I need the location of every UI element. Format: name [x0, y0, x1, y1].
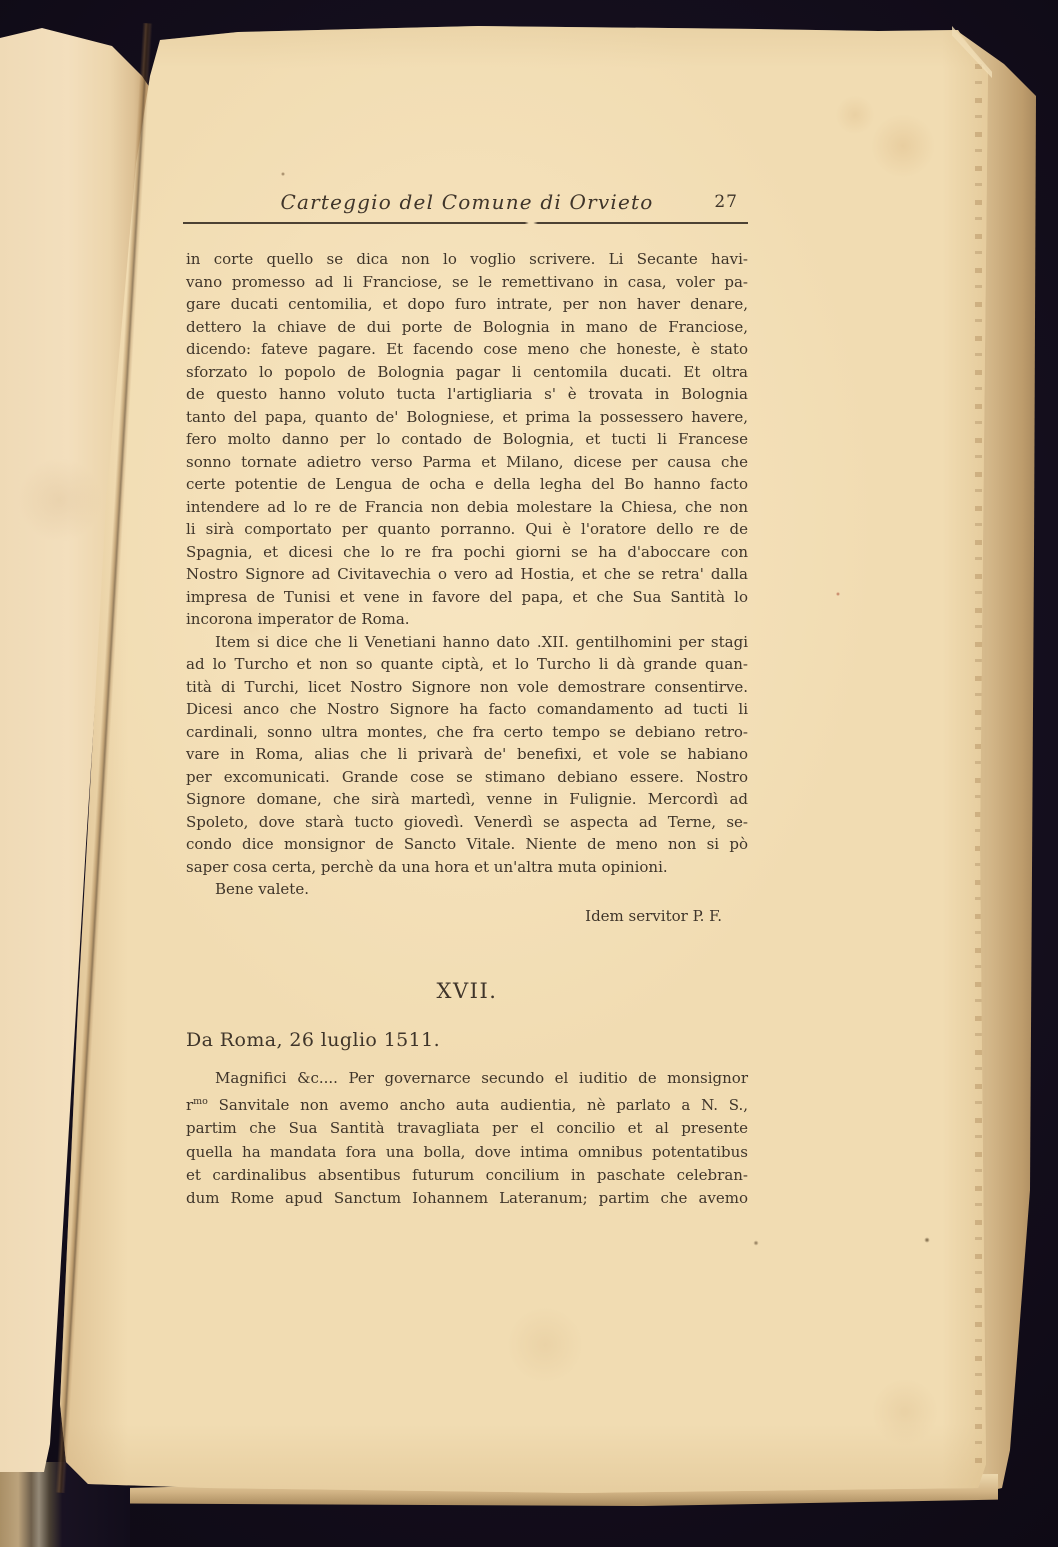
text-line: Magnifici &c.... Per governarce secundo … [186, 1067, 748, 1090]
text-line: dicendo: fateve pagare. Et facendo cose … [186, 338, 748, 361]
text-line: sforzato lo popolo de Bolognia pagar li … [186, 361, 748, 384]
text-line: fero molto danno per lo contado de Bolog… [186, 428, 748, 451]
text-line: tanto del papa, quanto de' Bologniese, e… [186, 406, 748, 429]
letter-signature: Idem servitor P. F. [186, 905, 748, 928]
text-line: saper cosa certa, perchè da una hora et … [186, 856, 748, 879]
text-line: Signore domane, che sirà martedì, venne … [186, 788, 748, 811]
page-body: in corte quello se dica non lo voglio sc… [186, 248, 748, 1210]
printed-text-layer: Carteggio del Comune di Orvieto 27 in co… [186, 190, 748, 218]
text-line: Spoleto, dove starà tucto giovedì. Vener… [186, 811, 748, 834]
line-remainder: Sanvitale non avemo ancho auta audientia… [208, 1096, 748, 1114]
text-line: quella ha mandata fora una bolla, dove i… [186, 1141, 748, 1164]
text-line: partim che Sua Santità travagliata per e… [186, 1117, 748, 1140]
letter-paragraph-2: Item si dice che li Venetiani hanno dato… [186, 631, 748, 879]
text-line: impresa de Tunisi et vene in favore del … [186, 586, 748, 609]
text-line: vano promesso ad li Franciose, se le rem… [186, 271, 748, 294]
text-line: intendere ad lo re de Francia non debia … [186, 496, 748, 519]
header-rule [183, 222, 748, 224]
letter-paragraph-1: in corte quello se dica non lo voglio sc… [186, 248, 748, 631]
text-line: Item si dice che li Venetiani hanno dato… [186, 631, 748, 654]
text-line: Dicesi anco che Nostro Signore ha facto … [186, 698, 748, 721]
running-head-title: Carteggio del Comune di Orvieto [186, 190, 748, 214]
text-line: tità di Turchi, licet Nostro Signore non… [186, 676, 748, 699]
text-line: per excomunicati. Grande cose se stimano… [186, 766, 748, 789]
text-line: vare in Roma, alias che li privarà de' b… [186, 743, 748, 766]
text-line: Spagnia, et dicesi che lo re fra pochi g… [186, 541, 748, 564]
superscript-abbreviation: mo [193, 1096, 208, 1107]
text-line: Nostro Signore ad Civitavechia o vero ad… [186, 563, 748, 586]
text-line: gare ducati centomilia, et dopo furo int… [186, 293, 748, 316]
letter-closing: Bene valete. [186, 878, 748, 901]
text-line: cardinali, sonno ultra montes, che fra c… [186, 721, 748, 744]
text-line: li sirà comportato per quanto porranno. … [186, 518, 748, 541]
text-line: certe potentie de Lengua de ocha e della… [186, 473, 748, 496]
text-line: condo dice monsignor de Sancto Vitale. N… [186, 833, 748, 856]
text-line: incorona imperator de Roma. [186, 608, 748, 631]
text-line: dettero la chiave de dui porte de Bologn… [186, 316, 748, 339]
text-line: de questo hanno voluto tucta l'artigliar… [186, 383, 748, 406]
section-dateline: Da Roma, 26 luglio 1511. [186, 1027, 748, 1053]
text-line: et cardinalibus absentibus futurum conci… [186, 1164, 748, 1187]
text-line: ad lo Turcho et non so quante ciptà, et … [186, 653, 748, 676]
text-line: in corte quello se dica non lo voglio sc… [186, 248, 748, 271]
text-line: rmo Sanvitale non avemo ancho auta audie… [186, 1090, 748, 1117]
letter-paragraph-3-rest: partim che Sua Santità travagliata per e… [186, 1117, 748, 1210]
section-heading: XVII. [186, 977, 748, 1005]
text-line: dum Rome apud Sanctum Iohannem Lateranum… [186, 1187, 748, 1210]
running-head: Carteggio del Comune di Orvieto 27 [186, 190, 748, 218]
scanned-book-photo: Carteggio del Comune di Orvieto 27 in co… [0, 0, 1058, 1547]
letter-paragraph-3: Magnifici &c.... Per governarce secundo … [186, 1067, 748, 1210]
page-number: 27 [714, 192, 738, 212]
text-line: sonno tornate adietro verso Parma et Mil… [186, 451, 748, 474]
